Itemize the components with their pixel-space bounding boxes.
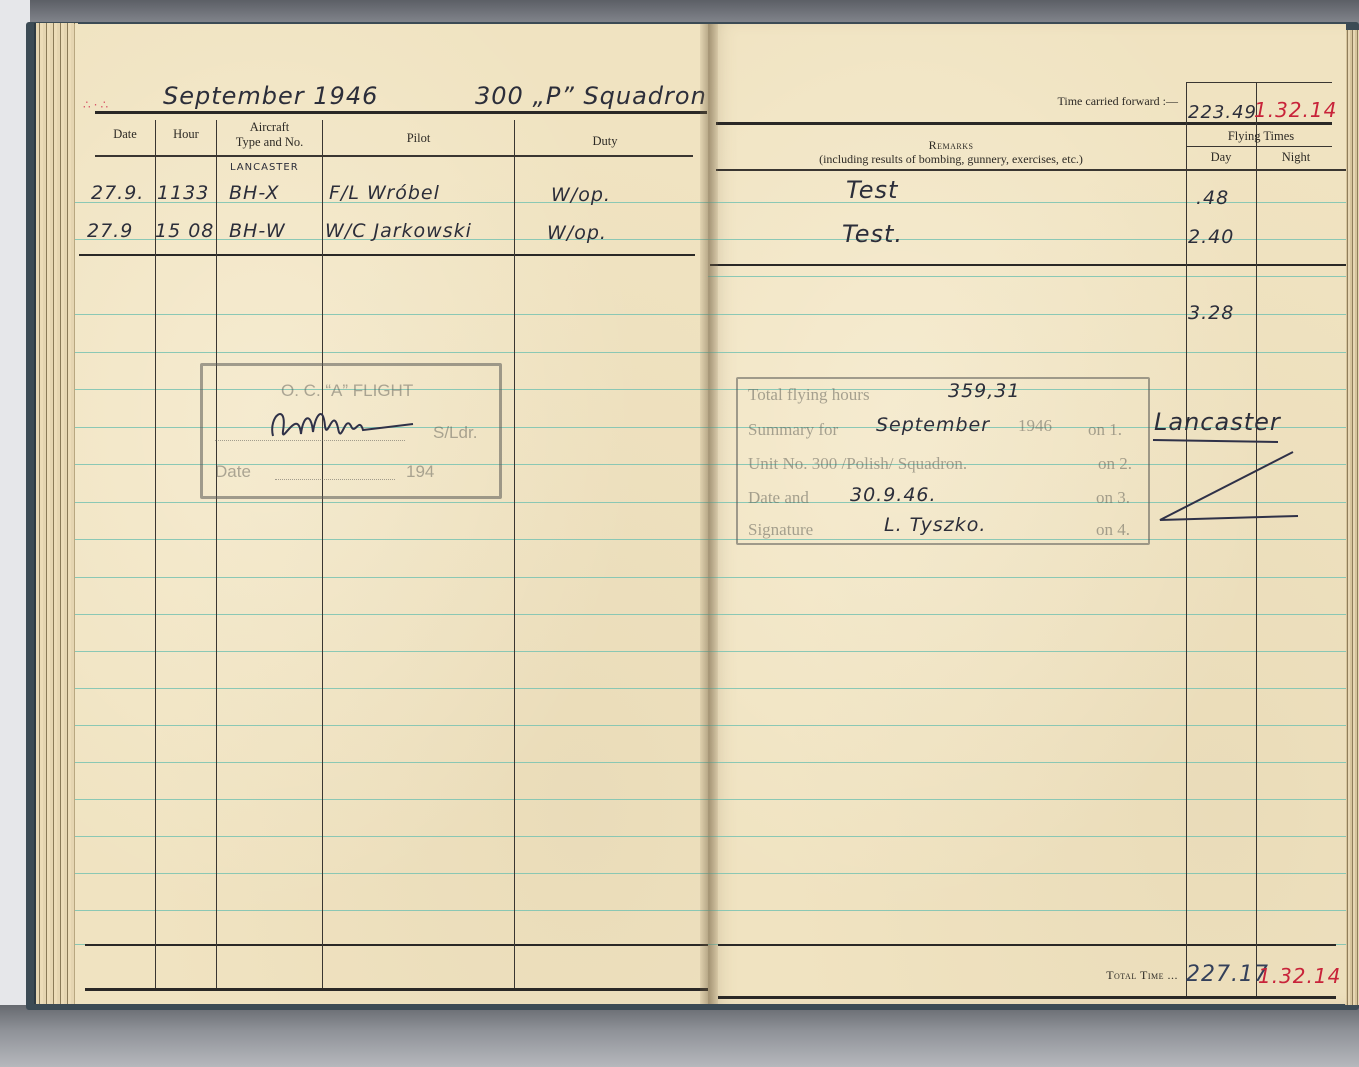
carry-forward-top-rule — [1186, 82, 1332, 83]
flying-times-subrule — [1186, 146, 1332, 147]
entry-1-hour: 1133 — [157, 182, 209, 204]
ruled-line — [75, 352, 709, 353]
ruled-line — [75, 873, 709, 874]
column-header-duty: Duty — [515, 134, 695, 148]
total-time-night: 1.32.14 — [1258, 964, 1341, 988]
ruled-line — [75, 725, 709, 726]
total-time-label: Total Time ... — [1008, 968, 1178, 982]
heading-rule — [95, 111, 707, 114]
flight-commander-stamp: O. C. “A” FLIGHT S/Ldr. Date 194 — [200, 363, 502, 499]
ruled-line — [75, 762, 709, 763]
entry-2-day-time: 2.40 — [1188, 226, 1234, 248]
summary-aircraft-1-label: on 1. — [1088, 420, 1122, 440]
summary-signature: L. Tyszko. — [884, 514, 986, 536]
column-header-aircraft-line1: Aircraft — [217, 120, 322, 134]
footer-rule-1b — [1186, 944, 1336, 946]
summary-aircraft-2-label: on 2. — [1098, 454, 1132, 474]
entry-2-remarks: Test. — [842, 220, 903, 248]
signature-scribble-icon — [263, 396, 423, 456]
column-divider — [155, 120, 156, 988]
entry-2-duty: W/op. — [547, 222, 607, 244]
column-divider — [322, 120, 323, 988]
ruled-line — [708, 762, 1346, 763]
book-gutter — [700, 24, 718, 1004]
summary-aircraft-4-label: on 4. — [1096, 520, 1130, 540]
flying-times-header: Flying Times — [1186, 129, 1336, 143]
ruled-line — [708, 314, 1346, 315]
heading-unit: 300 „P” Squadron — [475, 82, 707, 110]
subtotal-day-time: 3.28 — [1188, 302, 1234, 324]
total-time-day: 227.17 — [1186, 962, 1269, 987]
header-bottom-rule — [95, 155, 693, 157]
ruled-line — [708, 910, 1346, 911]
remarks-header-subtitle: (including results of bombing, gunnery, … — [718, 152, 1184, 166]
footer-rule-2 — [85, 988, 711, 991]
flying-times-night-header: Night — [1256, 150, 1336, 164]
ruled-line — [708, 836, 1346, 837]
summary-total-hours: 359,31 — [948, 380, 1020, 402]
page-edges-left — [34, 23, 78, 1004]
footer-rule-2 — [718, 996, 1336, 999]
aircraft-type-note: LANCASTER — [230, 162, 299, 173]
ruled-line — [75, 910, 709, 911]
column-header-date: Date — [95, 127, 155, 141]
heading-month-year: September 1946 — [163, 82, 378, 110]
ruled-line — [708, 614, 1346, 615]
entry-1-remarks: Test — [846, 176, 898, 204]
stamp-year-prefix: 194 — [406, 462, 434, 482]
left-page: September 1946 300 „P” Squadron ∴ ⋅ ∴ Da… — [74, 24, 709, 1004]
ruled-line — [75, 836, 709, 837]
summary-date-label: Date and — [748, 488, 809, 508]
ruled-line — [708, 873, 1346, 874]
ruled-line — [75, 614, 709, 615]
ruled-line — [75, 314, 709, 315]
summary-total-hours-label: Total flying hours — [748, 385, 870, 405]
stamp-rank: S/Ldr. — [433, 423, 477, 443]
background-bottom — [0, 1005, 1359, 1067]
header-bottom-rule — [716, 169, 1346, 171]
entry-1-day-time: .48 — [1196, 187, 1229, 209]
summary-signature-label: Signature — [748, 520, 813, 540]
summary-year: 1946 — [1018, 416, 1052, 436]
entry-1-date: 27.9. — [91, 182, 144, 204]
ruled-line — [708, 799, 1346, 800]
z-strikethrough-mark-icon — [1148, 432, 1318, 532]
column-header-pilot: Pilot — [323, 131, 514, 145]
summary-month: September — [876, 414, 990, 436]
ruled-line — [708, 725, 1346, 726]
column-divider — [514, 120, 515, 988]
summary-unit: Unit No. 300 /Polish/ Squadron. — [748, 454, 967, 474]
ruled-line — [75, 502, 709, 503]
footer-rule-1 — [85, 944, 711, 946]
carried-forward-day: 223.49 — [1188, 102, 1257, 123]
ruled-line — [75, 577, 709, 578]
column-header-aircraft-line2: Type and No. — [217, 135, 322, 149]
ruled-line — [75, 799, 709, 800]
column-divider-night — [1256, 148, 1257, 996]
entry-2-date: 27.9 — [87, 220, 133, 242]
right-page: Time carried forward :— 223.49 1.32.14 R… — [708, 24, 1346, 1004]
entry-1-duty: W/op. — [551, 184, 611, 206]
ruled-line — [708, 276, 1346, 277]
red-ink-mark: ∴ ⋅ ∴ — [83, 98, 108, 113]
remarks-header-title: Remarks — [718, 138, 1184, 152]
entry-1-pilot: F/L Wróbel — [329, 182, 440, 204]
carried-forward-night: 1.32.14 — [1254, 98, 1337, 122]
entries-end-rule — [710, 264, 1346, 266]
ruled-line — [708, 651, 1346, 652]
entry-1-aircraft: BH-X — [229, 182, 280, 204]
stamp-date-label: Date — [215, 462, 251, 482]
entries-end-rule — [79, 254, 695, 256]
ruled-line — [75, 688, 709, 689]
footer-rule-1 — [718, 944, 1188, 946]
entry-2-aircraft: BH-W — [229, 220, 286, 242]
column-header-hour: Hour — [156, 127, 216, 141]
ruled-line — [708, 239, 1346, 240]
column-divider — [216, 120, 217, 988]
entry-2-hour: 15 08 — [155, 220, 214, 242]
flying-times-day-header: Day — [1186, 150, 1256, 164]
time-carried-forward-label: Time carried forward :— — [968, 94, 1178, 108]
column-divider-day — [1186, 82, 1187, 996]
entry-2-pilot: W/C Jarkowski — [325, 220, 472, 242]
ruled-line — [75, 539, 709, 540]
summary-date: 30.9.46. — [850, 484, 937, 506]
page-edges-right — [1345, 30, 1359, 1005]
ruled-line — [75, 651, 709, 652]
summary-aircraft-3-label: on 3. — [1096, 488, 1130, 508]
ruled-line — [708, 202, 1346, 203]
ruled-line — [708, 577, 1346, 578]
stamp-date-line — [275, 479, 395, 480]
summary-for-label: Summary for — [748, 420, 838, 440]
ruled-line — [708, 688, 1346, 689]
ruled-line — [708, 352, 1346, 353]
